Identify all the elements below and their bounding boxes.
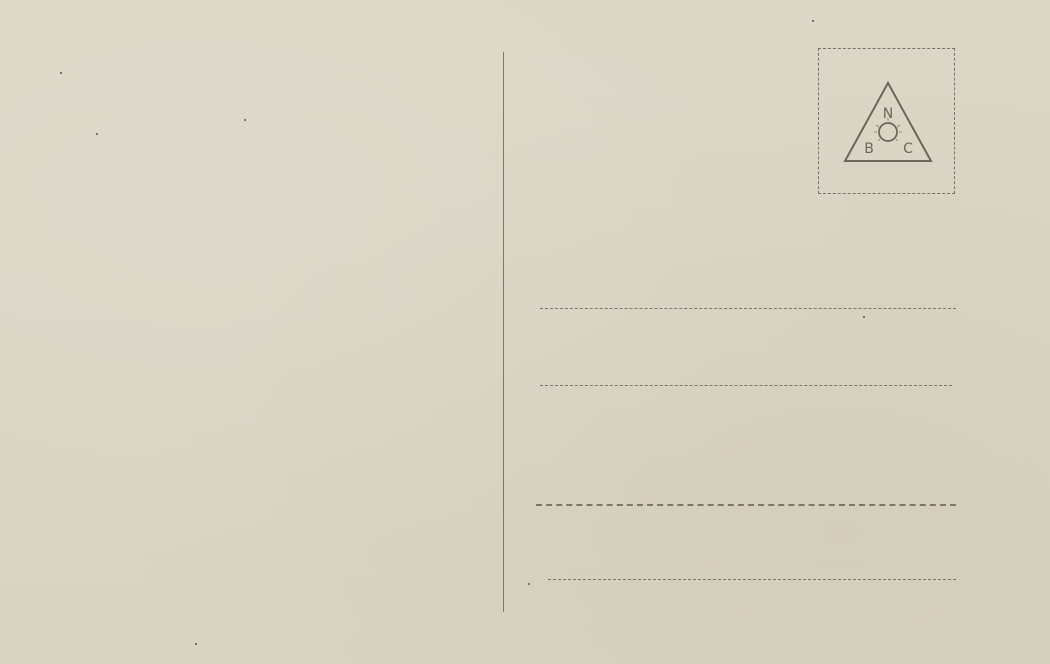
logo-letter-b: B xyxy=(864,141,874,157)
address-line-3 xyxy=(536,504,956,506)
postcard-back: N B C xyxy=(0,0,1050,664)
nbc-triangle-logo-icon: N B C xyxy=(842,80,934,164)
message-address-divider xyxy=(503,52,504,612)
logo-letter-n: N xyxy=(883,106,893,122)
address-line-1 xyxy=(540,308,956,309)
paper-speck xyxy=(528,583,530,585)
paper-speck xyxy=(195,643,197,645)
paper-speck xyxy=(60,72,62,74)
paper-speck xyxy=(863,316,865,318)
paper-speck xyxy=(812,20,814,22)
address-line-2 xyxy=(540,385,952,386)
address-line-4 xyxy=(548,579,956,580)
paper-speck xyxy=(96,133,98,135)
paper-speck xyxy=(244,119,246,121)
logo-letter-c: C xyxy=(903,141,913,157)
